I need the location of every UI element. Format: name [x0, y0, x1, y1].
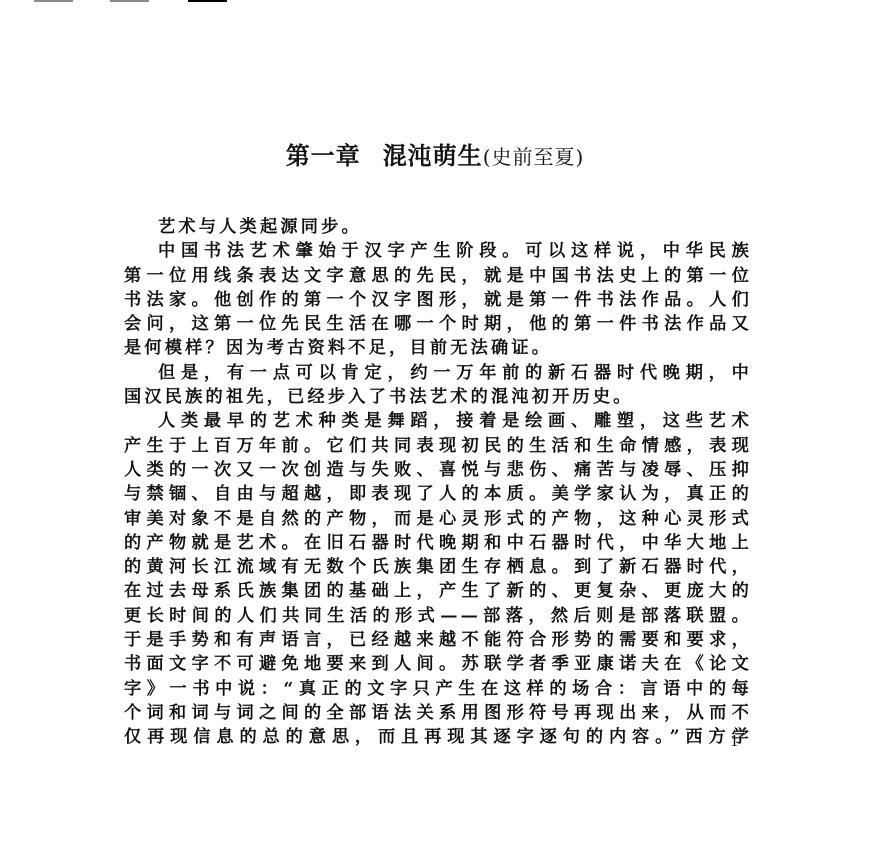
text-line: 与禁锢、自由与超越，即表现了人的本质。美学家认为，真正的 — [124, 482, 752, 506]
top-rule-left — [34, 0, 73, 2]
text-line: 人类的一次又一次创造与失败、喜悦与悲伤、痛苦与凌辱、压抑 — [124, 458, 752, 482]
text-line: 第一位用线条表达文字意思的先民，就是中国书法史上的第一位 — [124, 264, 752, 288]
text-line: 但是，有一点可以肯定，约一万年前的新石器时代晚期，中 — [124, 361, 752, 385]
top-rule-right — [188, 0, 227, 2]
text-line: 书面文字不可避免地要来到人间。苏联学者季亚康诺夫在《论文 — [124, 652, 752, 676]
text-line: 的黄河长江流域有无数个氏族集团生存栖息。到了新石器时代， — [124, 555, 752, 579]
text-line: 国汉民族的祖先，已经步入了书法艺术的混沌初开历史。 — [124, 385, 752, 409]
chapter-number: 第一章 — [286, 141, 361, 170]
top-rule-middle — [110, 0, 149, 2]
text-line: 更长时间的人们共同生活的形式——部落，然后则是部落联盟。 — [124, 604, 752, 628]
text-line: 中国书法艺术肇始于汉字产生阶段。可以这样说，中华民族 — [124, 239, 752, 263]
text-line: 在过去母系氏族集团的基础上，产生了新的、更复杂、更庞大的 — [124, 579, 752, 603]
body-text: 艺术与人类起源同步。中国书法艺术肇始于汉字产生阶段。可以这样说，中华民族第一位用… — [124, 215, 752, 750]
text-line: 是何模样？因为考古资料不足，目前无法确证。 — [124, 336, 752, 360]
text-line: 艺术与人类起源同步。 — [124, 215, 752, 239]
text-line: 书法家。他创作的第一个汉字图形，就是第一件书法作品。人们 — [124, 288, 752, 312]
text-line: 会问，这第一位先民生活在哪一个时期，他的第一件书法作品又 — [124, 312, 752, 336]
text-line: 审美对象不是自然的产物，而是心灵形式的产物，这种心灵形式 — [124, 507, 752, 531]
page-number: 1 — [730, 731, 739, 751]
text-line: 仅再现信息的总的意思，而且再现其逐字逐句的内容。”西方学 — [124, 725, 752, 749]
text-line: 人类最早的艺术种类是舞蹈，接着是绘画、雕塑，这些艺术 — [124, 409, 752, 433]
chapter-heading: 第一章混沌萌生(史前至夏) — [0, 136, 870, 171]
text-line: 字》一书中说：“真正的文字只产生在这样的场合：言语中的每 — [124, 677, 752, 701]
text-line: 的产物就是艺术。在旧石器时代晚期和中石器时代，中华大地上 — [124, 531, 752, 555]
chapter-subtitle: (史前至夏) — [483, 145, 585, 169]
chapter-title: 混沌萌生 — [383, 141, 483, 170]
text-line: 于是手势和有声语言，已经越来越不能符合形势的需要和要求， — [124, 628, 752, 652]
text-line: 个词和词与词之间的全部语法关系用图形符号再现出来，从而不 — [124, 701, 752, 725]
text-line: 产生于上百万年前。它们共同表现初民的生活和生命情感，表现 — [124, 434, 752, 458]
